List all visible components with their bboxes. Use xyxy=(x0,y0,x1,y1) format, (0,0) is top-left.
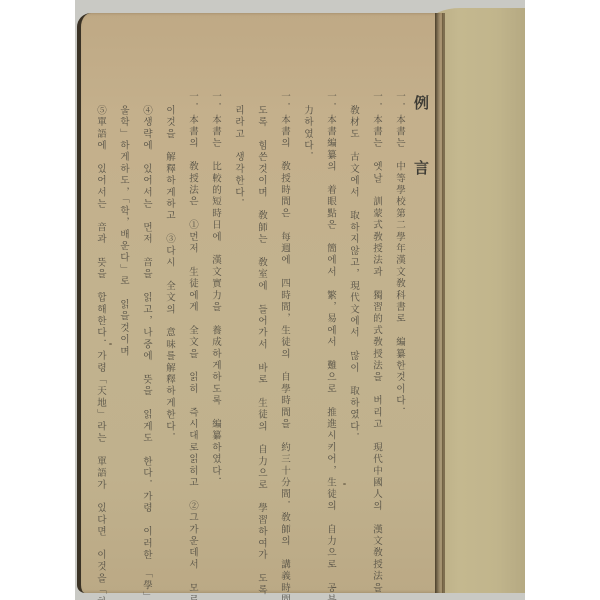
book-page: 例言 一．本書는 中等學校第二學年漢文敎科書로 編纂한것이다．一．本書는 엣날 … xyxy=(77,13,443,593)
paper-speck xyxy=(343,483,346,485)
book-photo: 例言 一．本書는 中等學校第二學年漢文敎科書로 編纂한것이다．一．本書는 엣날 … xyxy=(75,0,525,600)
page-heading: 例言 xyxy=(410,95,432,225)
text-column: ④생략에 있어서는 먼저 音을 읽고，나중에 뜻을 읽게도 한다．가령 이러한 … xyxy=(135,91,158,551)
paper-speck xyxy=(109,343,112,345)
spine-shadow xyxy=(435,13,441,593)
text-column: 一．本書는 中等學校第二學年漢文敎科書로 編纂한것이다． xyxy=(388,91,411,551)
text-column: 一．本書의 敎授法은 ①먼저 生徒에게 全文을 읽히 즉시대로읽히고 ②그가운데… xyxy=(181,91,204,551)
text-column: 一．本書編纂의 着眼點은 簡에서 繁，易에서 難으로 推進시키어，生徒의 自力으… xyxy=(319,91,342,551)
text-column: 一．本書의 敎授時間은 每週에 四時間，生徒의 自學時間을 約三十分間．敎師의 … xyxy=(273,91,296,551)
text-column: 울학」하게하도，「학，배운다」로 읽을것이며 xyxy=(112,91,135,551)
text-column: 리라고 생각한다． xyxy=(227,91,250,551)
text-column: 敎材도 古文에서 取하지않고，現代文에서 많이 取하였다． xyxy=(342,91,365,551)
text-column: 一．本書는 比較的短時日에 漢文實力을 養成하게하도록 編纂하였다． xyxy=(204,91,227,551)
text-column: 도록 힘쓴것이며 敎師는 敎室에 들어가서 바로 生徒의 自力으로 學習하여가 … xyxy=(250,91,273,551)
text-column: ⑤單語에 있어서는 音과 뜻을 합해한다．가령「天地」라는 單語가 있다면 이것… xyxy=(89,91,112,551)
text-column: 一．本書는 엣날 訓蒙式敎授法과 獨習的式敎授法을 버리고 現代中國人의 漢文敎… xyxy=(365,91,388,551)
text-columns: 一．本書는 中等學校第二學年漢文敎科書로 編纂한것이다．一．本書는 엣날 訓蒙式… xyxy=(99,91,411,551)
text-column: 力하였다． xyxy=(296,91,319,551)
text-column: 이것을 解釋하게하고 ③다시 全文의 意味를解釋하게한다． xyxy=(158,91,181,551)
faint-bleedthrough-text xyxy=(468,128,490,208)
